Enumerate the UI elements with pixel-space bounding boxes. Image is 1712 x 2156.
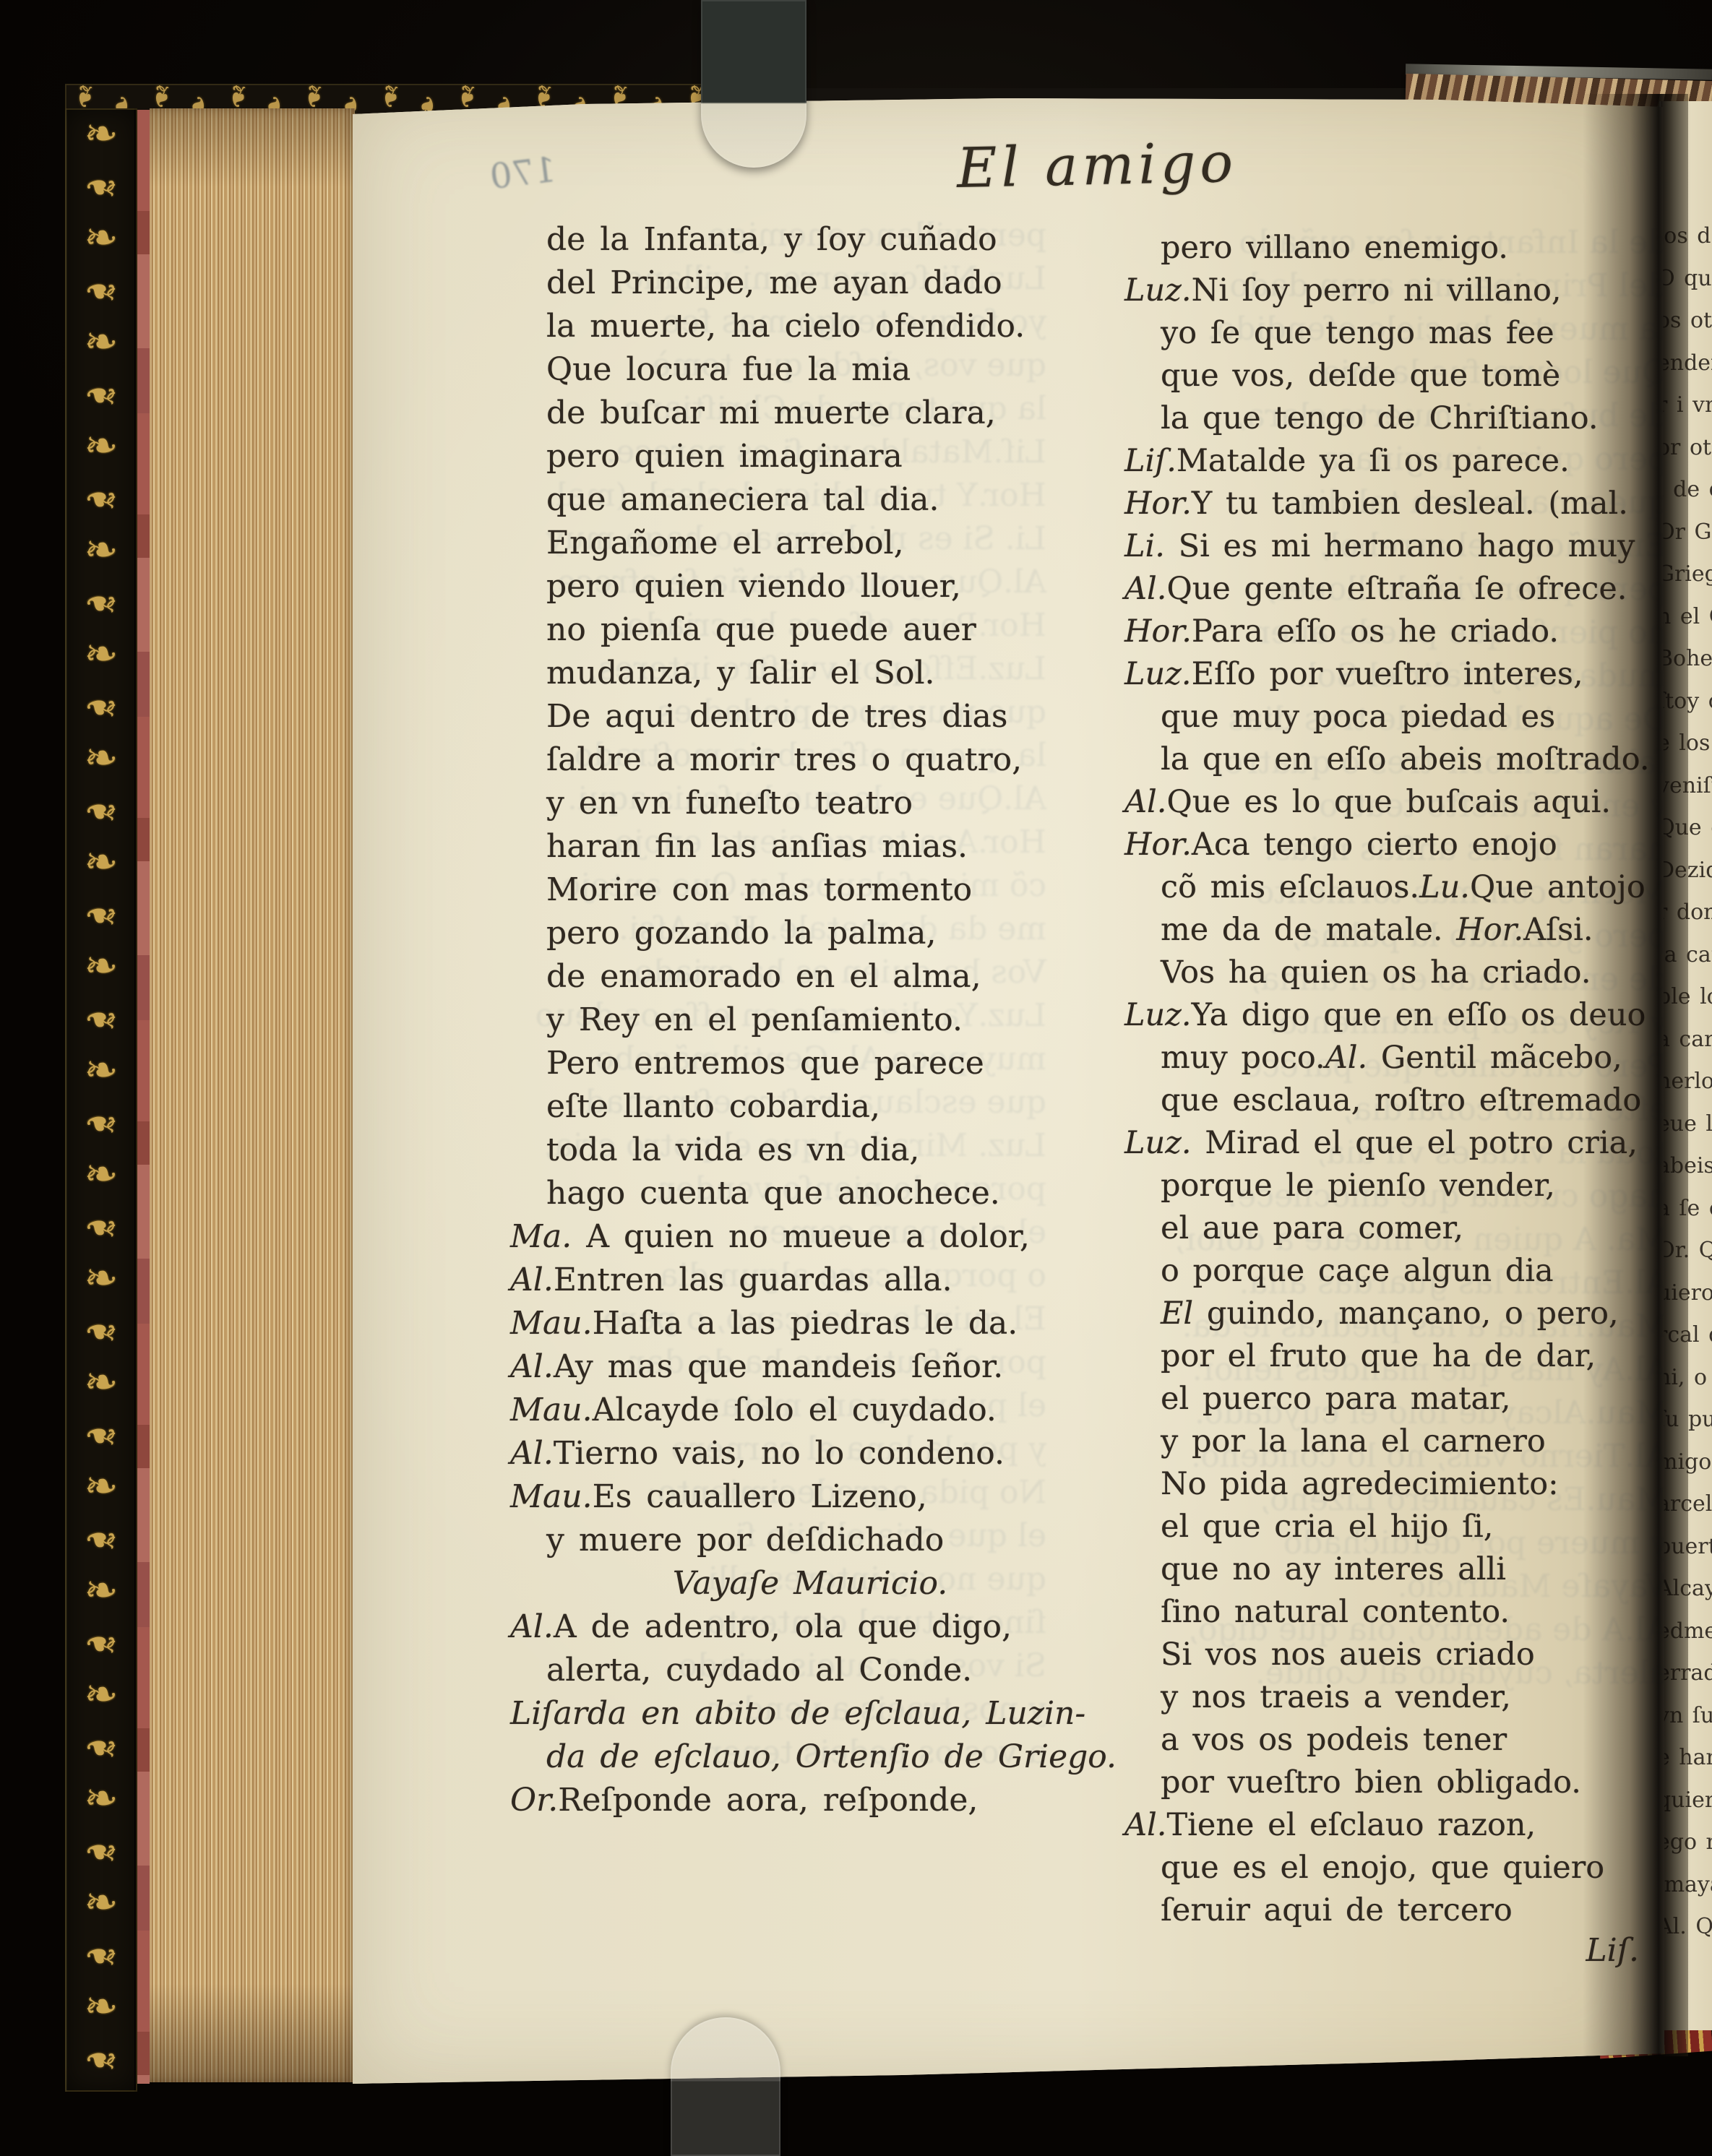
speaker-or-stage-italic: Hor. xyxy=(1456,912,1523,948)
verse-text: A de adentro, ola que digo, xyxy=(554,1608,1012,1645)
text-line: el que cria el hijo ſi, xyxy=(1124,1506,1681,1548)
text-line: por vueſtro bien obligado. xyxy=(1124,1762,1681,1804)
facing-page-text-fragment: uierolos a xyxy=(1659,1272,1712,1315)
verse-text: y Rey en el penſamiento. xyxy=(546,1001,963,1038)
leaf-ornament-icon: ❧ xyxy=(65,368,137,421)
text-line: Vayaſe Mauricio. xyxy=(510,1562,1110,1605)
text-line: y muere por deſdichado xyxy=(510,1519,1110,1562)
text-line: Si vos nos aueis criado xyxy=(1124,1634,1681,1676)
text-line: que no ay interes alli xyxy=(1124,1548,1681,1591)
verse-text: Si vos nos aueis criado xyxy=(1161,1637,1535,1673)
verse-text: mudanza, y ſalir el Sol. xyxy=(546,655,935,691)
speaker-or-stage-italic: Vayaſe Mauricio. xyxy=(673,1565,948,1602)
text-line: Hor.Y tu tambien desleal. (mal. xyxy=(1124,483,1681,525)
facing-page-text-fragment: n el Cayro xyxy=(1659,596,1712,639)
verse-text: por vueſtro bien obligado. xyxy=(1161,1764,1581,1801)
facing-page-text-fragment: or otaua m xyxy=(1659,427,1712,470)
text-line: da de eſclauo, Ortenſio de Griego. xyxy=(510,1735,1110,1779)
text-line: Hor.Aca tengo cierto enojo xyxy=(1124,824,1681,866)
facing-page-text-fragment: jos de xyxy=(1659,215,1712,258)
facing-page-text-fragment: l de que n xyxy=(1659,469,1712,512)
verse-text: Es cauallero Lizeno, xyxy=(593,1478,927,1515)
leaf-ornament-icon: ❧ xyxy=(65,264,137,316)
speaker-or-stage-italic: Al. xyxy=(510,1608,554,1645)
text-line: y por la lana el carnero xyxy=(1124,1420,1681,1463)
verse-text: Eſſo por vueſtro interes, xyxy=(1192,656,1583,692)
leaf-ornament-icon: ❧ xyxy=(65,1721,137,1773)
verse-text: muy poco. xyxy=(1161,1040,1325,1076)
speaker-or-stage-italic: Mau. xyxy=(510,1478,593,1515)
verse-text: que vos, deſde que tomè xyxy=(1161,358,1560,394)
book-page: pero villano enemigo.Luz.Ni ſoy perro ni… xyxy=(353,92,1664,2084)
text-line: la muerte, ha cielo ofendido. xyxy=(510,305,1110,348)
leaf-ornament-icon: ❧ xyxy=(65,681,137,733)
verse-text: el que cria el hijo ſi, xyxy=(1161,1509,1493,1545)
speaker-or-stage-italic: Al. xyxy=(1325,1040,1367,1076)
text-line: muy poco.Al. Gentil mãcebo, xyxy=(1124,1037,1681,1079)
verse-text: que esclaua, roſtro eſtremado xyxy=(1161,1082,1641,1118)
speaker-or-stage-italic: Mau. xyxy=(510,1392,593,1428)
verse-text: No pida agredecimiento: xyxy=(1161,1466,1559,1502)
speaker-or-stage-italic: El xyxy=(1161,1295,1193,1332)
verse-text: Tiene el eſclauo razon, xyxy=(1166,1807,1536,1843)
leaf-ornament-icon: ❧ xyxy=(65,108,137,160)
text-line: Que locura fue la mia xyxy=(510,348,1110,392)
speaker-or-stage-italic: Liſ. xyxy=(1124,443,1177,479)
verse-text: Que antojo xyxy=(1470,869,1646,905)
verse-text: Que es lo que buſcais aqui. xyxy=(1166,784,1611,820)
text-line: y en vn funeſto teatro xyxy=(510,782,1110,825)
text-line: alerta, cuydado al Conde. xyxy=(510,1649,1110,1692)
leaf-ornament-icon: ❧ xyxy=(65,1617,137,1669)
leaf-ornament-icon: ❧ xyxy=(65,577,137,629)
text-line: Pero entremos que parece xyxy=(510,1042,1110,1085)
leaf-ornament-icon: ❧ xyxy=(65,837,137,889)
text-line: Morire con mas tormento xyxy=(510,868,1110,912)
text-line: Liſarda en abito de eſclaua, Luzin- xyxy=(510,1692,1110,1735)
leaf-ornament-icon: ❧ xyxy=(65,889,137,941)
verse-text: Ay mas que mandeis ſeñor. xyxy=(554,1348,1003,1385)
scanner-strap-bottom xyxy=(671,2017,780,2156)
text-line: eſte llanto cobardia, xyxy=(510,1085,1110,1129)
verse-text: pero gozando la palma, xyxy=(546,915,936,952)
facing-page-text-fragment: eue las b xyxy=(1659,1103,1712,1146)
text-line: de la Infanta, y ſoy cuñado xyxy=(510,218,1110,262)
verse-text: eſte llanto cobardia, xyxy=(546,1088,880,1125)
text-line: De aqui dentro de tres dias xyxy=(510,695,1110,738)
verse-text: la que en eſſo abeis moſtrado. xyxy=(1161,741,1650,777)
facing-page-text-fragment: quieren xyxy=(1659,1780,1712,1822)
leaf-ornament-icon: ❧ xyxy=(65,1045,137,1097)
text-line: Luz.Ni ſoy perro ni villano, xyxy=(1124,269,1681,312)
leaf-ornament-icon: ❧ xyxy=(65,785,137,837)
text-line: Mau.Alcayde ſolo el cuydado. xyxy=(510,1389,1110,1432)
facing-page-text-fragment: Bohemia, xyxy=(1659,638,1712,681)
text-line: Luz.Eſſo por vueſtro interes, xyxy=(1124,653,1681,696)
facing-page-text-fragment: a carcel q xyxy=(1659,1019,1712,1061)
text-line: el aue para comer, xyxy=(1124,1207,1681,1250)
text-line: yo ſe que tengo mas fee xyxy=(1124,312,1681,355)
facing-page-text-fragment: Al. Que e xyxy=(1659,1906,1712,1949)
text-line: por el fruto que ha de dar, xyxy=(1124,1335,1681,1378)
red-marbled-edge-strip xyxy=(137,110,150,2084)
text-line: que vos, deſde que tomè xyxy=(1124,355,1681,397)
facing-page-text-fragment: Dezidme y xyxy=(1659,850,1712,892)
text-line: Liſ.Matalde ya ſi os parece. xyxy=(1124,440,1681,483)
speaker-or-stage-italic: Luz. xyxy=(1124,272,1192,309)
text-line: que esclaua, roſtro eſtremado xyxy=(1124,1079,1681,1122)
leaf-ornament-icon: ❧ xyxy=(65,1669,137,1721)
verse-text: de la Infanta, y ſoy cuñado xyxy=(546,221,997,258)
speaker-or-stage-italic: Luz. xyxy=(1124,997,1192,1033)
text-line: y nos traeis a vender, xyxy=(1124,1676,1681,1719)
leaf-ornament-icon: ❧ xyxy=(65,1929,137,1981)
verse-text: me da de matale. xyxy=(1161,912,1456,948)
facing-page-text-fragment: edme aq xyxy=(1659,1610,1712,1653)
text-line: del Principe, me ayan dado xyxy=(510,262,1110,305)
leaf-ornament-icon: ❧ xyxy=(65,1357,137,1409)
text-line: Li. Si es mi hermano hago muy xyxy=(1124,525,1681,568)
speaker-or-stage-italic: Al. xyxy=(1124,1807,1166,1843)
leaf-ornament-icon: ❧ xyxy=(65,1097,137,1149)
text-line: de buſcar mi muerte clara, xyxy=(510,392,1110,435)
text-line: ſino natural contento. xyxy=(1124,1591,1681,1634)
verse-text: cõ mis eſclauos. xyxy=(1161,869,1419,905)
text-line: que es el enojo, que quiero xyxy=(1124,1847,1681,1889)
facing-page-text-fragment: e los quie xyxy=(1659,723,1712,765)
text-line: Al.Entren las guardas alla. xyxy=(510,1259,1110,1302)
verse-text: que amaneciera tal dia. xyxy=(546,481,939,518)
verse-text: A quien no mueue a dolor, xyxy=(572,1218,1030,1255)
leaf-ornament-icon: ❧ xyxy=(65,1253,137,1305)
text-line: Engañome el arrebol, xyxy=(510,522,1110,565)
leaf-ornament-icon: ❧ xyxy=(65,1149,137,1201)
speaker-or-stage-italic: Liſarda en abito de eſclaua, Luzin- xyxy=(510,1695,1085,1732)
fanned-page-fore-edge xyxy=(150,108,355,2082)
text-column-left: de la Infanta, y ſoy cuñadodel Principe,… xyxy=(510,218,1110,1822)
text-line: a vos os podeis tener xyxy=(1124,1719,1681,1762)
leaf-ornament-icon: ❧ xyxy=(65,733,137,785)
text-line: que muy poca piedad es xyxy=(1124,696,1681,738)
text-line: que amaneciera tal dia. xyxy=(510,478,1110,522)
speaker-or-stage-italic: Luz. xyxy=(1124,1125,1192,1161)
facing-page-text-fragment: e han tray xyxy=(1659,1737,1712,1780)
verse-text: la que tengo de Chriſtiano. xyxy=(1161,400,1599,436)
speaker-or-stage-italic: Al. xyxy=(510,1435,554,1472)
gilt-tooling-cover-edge: ❧❧❧❧❧❧❧❧❧❧❧❧❧❧❧❧❧❧❧❧❧❧❧❧❧❧❧❧❧❧❧❧❧❧❧❧❧❧ xyxy=(65,108,137,2092)
leaf-ornament-icon: ❧ xyxy=(65,629,137,681)
verse-text: a vos os podeis tener xyxy=(1161,1722,1507,1758)
text-line: la que tengo de Chriſtiano. xyxy=(1124,397,1681,440)
leaf-ornament-icon: ❧ xyxy=(65,1981,137,2033)
verse-text: ſino natural contento. xyxy=(1161,1594,1510,1630)
text-line: Vos ha quien os ha criado. xyxy=(1124,952,1681,994)
text-line: Al.Que gente eſtraña ſe ofrece. xyxy=(1124,568,1681,611)
facing-page-text-fragment: r i vn ſeñ xyxy=(1659,384,1712,427)
text-line: No pida agredecimiento: xyxy=(1124,1463,1681,1506)
verse-text: de buſcar mi muerte clara, xyxy=(546,394,996,431)
text-line: Mau.Es cauallero Lizeno, xyxy=(510,1475,1110,1519)
verse-text: y por la lana el carnero xyxy=(1161,1423,1546,1459)
verse-text: yo ſe que tengo mas fee xyxy=(1161,315,1554,351)
facing-page-text-fragment: vn ſuceſ xyxy=(1659,1695,1712,1738)
verse-text: y en vn funeſto teatro xyxy=(546,785,913,822)
verse-text: el aue para comer, xyxy=(1161,1210,1463,1246)
verse-text: Mirad el que el potro cria, xyxy=(1192,1125,1638,1161)
verse-text: porque le pienſo vender, xyxy=(1161,1168,1555,1204)
verse-text: Tierno vais, no lo condeno. xyxy=(554,1435,1005,1472)
facing-page-text-fragment: Or Griego xyxy=(1659,512,1712,554)
facing-page-text-fragment: a ſe os yd xyxy=(1659,1188,1712,1230)
text-line: Al.Tierno vais, no lo condeno. xyxy=(510,1432,1110,1475)
speaker-or-stage-italic: Mau. xyxy=(510,1305,593,1342)
verse-text: Haſta a las piedras le da. xyxy=(593,1305,1018,1342)
verse-text: no pienſa que puede auer xyxy=(546,611,976,648)
verse-text: Engañome el arrebol, xyxy=(546,525,904,561)
verse-text: ſaldre a morir tres o quatro, xyxy=(546,741,1022,778)
leaf-ornament-icon: ❧ xyxy=(65,1201,137,1253)
verse-text: pero quien imaginara xyxy=(546,438,903,475)
text-line: haran fin las anſias mias. xyxy=(510,825,1110,868)
verse-text: o porque caçe algun dia xyxy=(1161,1253,1554,1289)
verse-text: Gentil mãcebo, xyxy=(1367,1040,1622,1076)
facing-page-text-fragment: r donde y xyxy=(1659,892,1712,934)
verse-text: Aſsi. xyxy=(1523,912,1593,948)
scanner-strap-top xyxy=(701,0,806,168)
speaker-or-stage-italic: Hor. xyxy=(1124,486,1192,522)
leaf-ornament-icon: ❧ xyxy=(65,1513,137,1565)
verse-text: ſeruir aqui de tercero xyxy=(1161,1892,1513,1928)
verse-text: haran fin las anſias mias. xyxy=(546,828,968,865)
verse-text: y muere por deſdichado xyxy=(546,1522,944,1558)
running-title: El amigo xyxy=(956,130,1238,200)
verse-text: alerta, cuydado al Conde. xyxy=(546,1652,972,1689)
verse-text: Entren las guardas alla. xyxy=(554,1262,952,1298)
facing-page-text-fragment: veniſtes lo xyxy=(1659,765,1712,808)
verse-text: Vos ha quien os ha criado. xyxy=(1161,954,1591,991)
facing-page-text-fragment: abeis he xyxy=(1659,1145,1712,1188)
speaker-or-stage-italic: Li. xyxy=(1124,528,1165,564)
speaker-or-stage-italic: Al. xyxy=(1124,784,1166,820)
speaker-or-stage-italic: Hor. xyxy=(1124,827,1192,863)
text-line: cõ mis eſclauos.Lu.Que antojo xyxy=(1124,866,1681,909)
facing-page-text-fragment: migo ſi e xyxy=(1659,1441,1712,1484)
facing-page-text-fragment: ple lo diga xyxy=(1659,976,1712,1019)
leaf-ornament-icon: ❧ xyxy=(65,421,137,473)
leaf-ornament-icon: ❧ xyxy=(65,525,137,577)
verse-text: Reſponde aora, reſponde, xyxy=(558,1782,978,1819)
verse-text: Ni ſoy perro ni villano, xyxy=(1192,272,1562,309)
text-line: Hor.Para eſſo os he criado. xyxy=(1124,611,1681,653)
show-through-folio-number: 170 xyxy=(488,150,559,198)
text-line: pero quien imaginara xyxy=(510,435,1110,478)
verse-text: Morire con mas tormento xyxy=(546,871,972,908)
verse-text: hago cuenta que anochece. xyxy=(546,1175,1000,1212)
text-line: porque le pienſo vender, xyxy=(1124,1165,1681,1207)
facing-page-text-fragment: ni, o que xyxy=(1659,1357,1712,1400)
speaker-or-stage-italic: Lu. xyxy=(1419,869,1470,905)
facing-page-text-fragment: Que cara, q xyxy=(1659,807,1712,850)
verse-text: y nos traeis a vender, xyxy=(1161,1679,1511,1715)
leaf-ornament-icon: ❧ xyxy=(65,160,137,212)
text-line: Luz.Ya digo que en eſſo os deuo xyxy=(1124,994,1681,1037)
verse-text: de enamorado en el alma, xyxy=(546,958,981,995)
text-line: ſeruir aqui de tercero xyxy=(1124,1889,1681,1932)
text-line: y Rey en el penſamiento. xyxy=(510,999,1110,1042)
facing-page-sliver: jos deO que diuios otros.endeis los.r i … xyxy=(1659,101,1712,2030)
text-line: toda la vida es vn dia, xyxy=(510,1129,1110,1172)
text-line: pero quien viendo llouer, xyxy=(510,565,1110,608)
text-line: El guindo, mançano, o pero, xyxy=(1124,1293,1681,1335)
leaf-ornament-icon: ❧ xyxy=(65,1825,137,1877)
leaf-ornament-icon: ❧ xyxy=(65,1461,137,1513)
text-line: no pienſa que puede auer xyxy=(510,608,1110,652)
text-line: Al.Ay mas que mandeis ſeñor. xyxy=(510,1345,1110,1389)
facing-page-text-fragment: rcal dicha xyxy=(1659,1314,1712,1357)
leaf-ornament-icon: ❧ xyxy=(65,316,137,368)
leaf-ornament-icon: ❧ xyxy=(65,1565,137,1617)
text-line: me da de matale. Hor.Aſsi. xyxy=(1124,909,1681,952)
leaf-ornament-icon: ❧ xyxy=(65,1305,137,1357)
verse-text: que no ay interes alli xyxy=(1161,1551,1506,1587)
facing-page-text-fragment: Alcayde xyxy=(1659,1568,1712,1610)
facing-page-text-fragment: puerta a xyxy=(1659,1526,1712,1569)
speaker-or-stage-italic: Luz. xyxy=(1124,656,1192,692)
facing-page-text-fragment: arcel es xyxy=(1659,1483,1712,1526)
verse-text: Matalde ya ſi os parece. xyxy=(1177,443,1570,479)
speaker-or-stage-italic: Ma. xyxy=(510,1218,572,1255)
verse-text: que muy poca piedad es xyxy=(1161,699,1555,735)
leaf-ornament-icon: ❧ xyxy=(65,2033,137,2085)
verse-text: Alcayde ſolo el cuydado. xyxy=(593,1392,997,1428)
speaker-or-stage-italic: Or. xyxy=(510,1782,558,1819)
text-column-right: pero villano enemigo.Luz.Ni ſoy perro ni… xyxy=(1124,227,1681,1932)
text-line: pero gozando la palma, xyxy=(510,912,1110,955)
verse-text: Para eſſo os he criado. xyxy=(1192,613,1559,650)
leaf-ornament-icon: ❧ xyxy=(65,1409,137,1461)
verse-text: Aca tengo cierto enojo xyxy=(1192,827,1557,863)
text-line: Al.A de adentro, ola que digo, xyxy=(510,1605,1110,1649)
leaf-ornament-icon: ❧ xyxy=(65,1877,137,1929)
speaker-or-stage-italic: Al. xyxy=(1124,571,1166,607)
leaf-ornament-icon: ❧ xyxy=(65,993,137,1045)
leaf-ornament-icon: ❧ xyxy=(65,473,137,525)
verse-text: pero villano enemigo. xyxy=(1161,230,1508,266)
speaker-or-stage-italic: da de eſclauo, Ortenſio de Griego. xyxy=(546,1738,1117,1775)
facing-page-text-fragment: errada a xyxy=(1659,1652,1712,1695)
text-line: Al.Tiene el eſclauo razon, xyxy=(1124,1804,1681,1847)
facing-page-text-fragment: endeis los. xyxy=(1659,342,1712,385)
facing-page-text-fragment: lmayaſt xyxy=(1659,1864,1712,1907)
text-line: pero villano enemigo. xyxy=(1124,227,1681,269)
facing-page-text-fragment: nerlos b xyxy=(1659,1061,1712,1103)
text-line: Or.Reſponde aora, reſponde, xyxy=(510,1779,1110,1822)
verse-text: Y tu tambien desleal. (mal. xyxy=(1192,486,1628,522)
verse-text: la muerte, ha cielo ofendido. xyxy=(546,308,1025,345)
facing-page-text-fragment: ſu puñal tu xyxy=(1659,1399,1712,1441)
verse-text: Ya digo que en eſſo os deuo xyxy=(1192,997,1646,1033)
leaf-ornament-icon: ❧ xyxy=(65,941,137,993)
verse-text: Que locura fue la mia xyxy=(546,351,911,388)
verse-text: el puerco para matar, xyxy=(1161,1381,1511,1417)
speaker-or-stage-italic: Al. xyxy=(510,1262,554,1298)
verse-text: por el fruto que ha de dar, xyxy=(1161,1338,1596,1374)
text-line: ſaldre a morir tres o quatro, xyxy=(510,738,1110,782)
text-line: hago cuenta que anochece. xyxy=(510,1172,1110,1215)
verse-text: Si es mi hermano hago muy xyxy=(1165,528,1635,564)
text-line: Luz. Mirad el que el potro cria, xyxy=(1124,1122,1681,1165)
facing-page-text-fragment: ſtoy con xyxy=(1659,681,1712,723)
facing-page-text-fragment: Or. Quarr xyxy=(1659,1230,1712,1272)
verse-text: del Principe, me ayan dado xyxy=(546,264,1002,301)
text-line: el puerco para matar, xyxy=(1124,1378,1681,1420)
facing-page-text-fragment: Griego, a xyxy=(1659,553,1712,596)
verse-text: Que gente eſtraña ſe ofrece. xyxy=(1166,571,1627,607)
verse-text: guindo, mançano, o pero, xyxy=(1193,1295,1618,1332)
text-line: de enamorado en el alma, xyxy=(510,955,1110,999)
text-line: o porque caçe algun dia xyxy=(1124,1250,1681,1293)
speaker-or-stage-italic: Al. xyxy=(510,1348,554,1385)
leaf-ornament-icon: ❧ xyxy=(65,1773,137,1825)
catchword: Liſ. xyxy=(1124,1932,1681,1969)
verse-text: pero quien viendo llouer, xyxy=(546,568,961,605)
text-line: Al.Que es lo que buſcais aqui. xyxy=(1124,781,1681,824)
verse-text: que es el enojo, que quiero xyxy=(1161,1850,1604,1886)
facing-page-text-fragment: la carcel. L xyxy=(1659,934,1712,977)
text-line: Ma. A quien no mueue a dolor, xyxy=(510,1215,1110,1259)
text-line: Mau.Haſta a las piedras le da. xyxy=(510,1302,1110,1345)
facing-page-text-fragment: ego no ſ xyxy=(1659,1821,1712,1864)
text-line: mudanza, y ſalir el Sol. xyxy=(510,652,1110,695)
verse-text: De aqui dentro de tres dias xyxy=(546,698,1007,735)
text-line: la que en eſſo abeis moſtrado. xyxy=(1124,738,1681,781)
speaker-or-stage-italic: Hor. xyxy=(1124,613,1192,650)
verse-text: toda la vida es vn dia, xyxy=(546,1131,919,1168)
book-scan-photo: ❧❧❧❧❧❧❧❧❧❧❧❧❧❧❧❧❧❧ ❧❧❧❧❧❧❧❧❧❧❧❧❧❧❧❧❧❧❧❧❧… xyxy=(0,0,1712,2156)
facing-page-text-fragment: O que diui xyxy=(1659,258,1712,301)
leaf-ornament-icon: ❧ xyxy=(65,212,137,264)
facing-page-text-fragment: os otros. xyxy=(1659,300,1712,342)
verse-text: Pero entremos que parece xyxy=(546,1045,984,1082)
